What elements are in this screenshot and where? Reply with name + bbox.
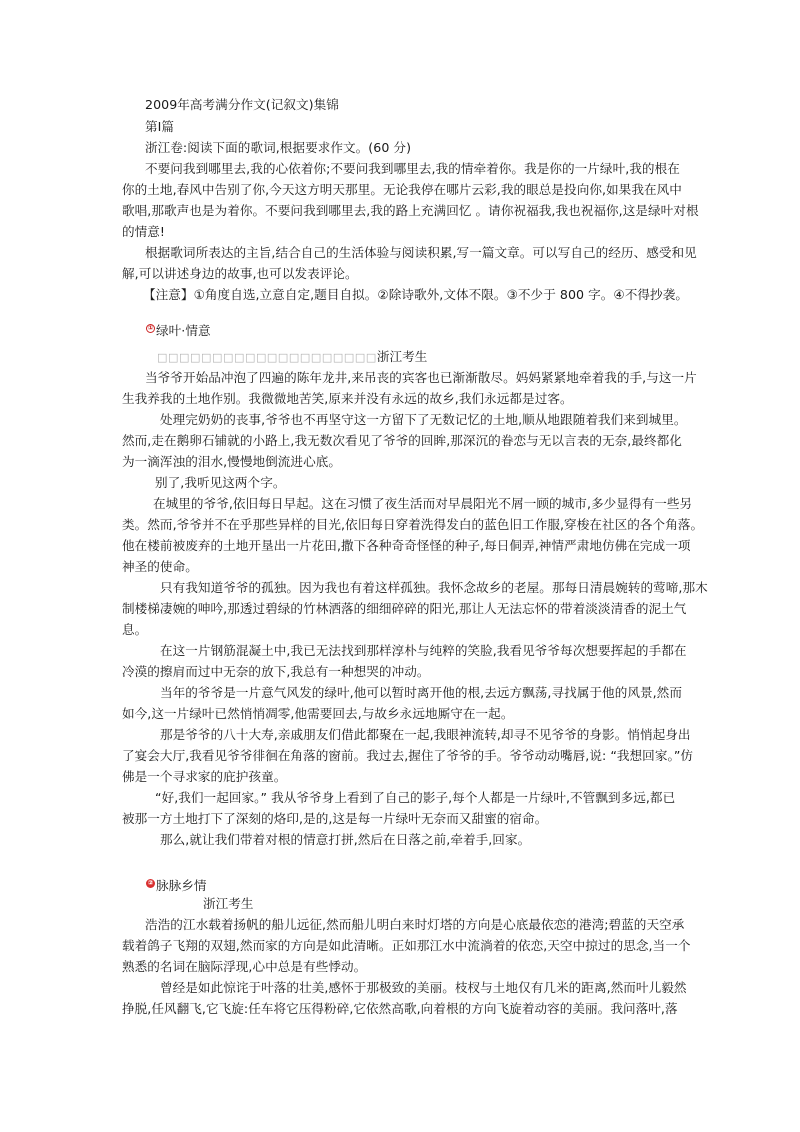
essay-line: 然而,走在鹅卵石铺就的小路上,我无数次看见了爷爷的回眸,那深沉的眷恋与无以言表的… bbox=[122, 433, 682, 449]
lyrics-line: 不要问我到哪里去,我的心依着你;不要问我到哪里去,我的情牵着你。我是你的一片绿叶… bbox=[145, 161, 705, 177]
essay-line: 那是爷爷的八十大寿,亲戚朋友们借此都聚在一起,我眼神流转,却寻不见爷爷的身影。悄… bbox=[160, 727, 720, 743]
essay-line: 类。然而,爷爷并不在乎那些异样的目光,依旧每日穿着洗得发白的蓝色旧工作服,穿梭在… bbox=[122, 517, 682, 533]
essay-line: 当年的爷爷是一片意气风发的绿叶,他可以暂时离开他的根,去远方飘荡,寻找属于他的风… bbox=[160, 685, 720, 701]
section-heading: 第Ⅰ篇 bbox=[145, 119, 705, 135]
essay-line: 在这一片钢筋混凝土中,我已无法找到那样淳朴与纯粹的笑脸,我看见爷爷每次想要挥起的… bbox=[160, 643, 720, 659]
essay-line: 生我养我的土地作别。我微微地苦笑,原来并没有永远的故乡,我们永远都是过客。 bbox=[122, 391, 682, 407]
essay-line: “好,我们一起回家。” 我从爷爷身上看到了自己的影子,每个人都是一片绿叶,不管飘… bbox=[155, 790, 715, 806]
essay-line: 在城里的爷爷,依旧每日早起。这在习惯了夜生活而对早晨阳光不屑一顾的城市,多少显得… bbox=[153, 496, 713, 512]
instruction-line: 解,可以讲述身边的故事,也可以发表评论。 bbox=[122, 266, 682, 282]
essay-author-line: □□□□□□□□□□□□□□□□□□□□浙江考生 bbox=[157, 349, 717, 366]
essay-author: 浙江考生 bbox=[377, 349, 428, 364]
essay-line: 别了,我听见这两个字。 bbox=[155, 475, 715, 491]
essay-line: 那么,就让我们带着对根的情意打拼,然后在日落之前,牵着手,回家。 bbox=[160, 832, 720, 848]
essay-line: 神圣的使命。 bbox=[122, 559, 682, 575]
essay-line: 为一滴浑浊的泪水,慢慢地倒流进心底。 bbox=[122, 454, 682, 470]
notice-line: 【注意】①角度自选,立意自定,题目自拟。②除诗歌外,文体不限。③不少于 800 … bbox=[143, 287, 703, 303]
lyrics-line: 的情意! bbox=[122, 224, 682, 240]
essay-title-2: ②脉脉乡情 bbox=[146, 878, 706, 894]
placeholder-boxes: □□□□□□□□□□□□□□□□□□□□ bbox=[157, 351, 377, 364]
prompt-header: 浙江卷:阅读下面的歌词,根据要求作文。(60 分) bbox=[145, 140, 705, 156]
lyrics-line: 你的土地,春风中告别了你,今天这方明天那里。无论我停在哪片云彩,我的眼总是投向你… bbox=[122, 182, 682, 198]
document-page: 2009年高考满分作文(记叙文)集锦 第Ⅰ篇 浙江卷:阅读下面的歌词,根据要求作… bbox=[0, 0, 800, 1132]
essay-line: 他在楼前被废弃的土地开垦出一片花田,撒下各种奇奇怪怪的种子,每日侗弄,神情严肃地… bbox=[122, 538, 682, 554]
essay-line: 息。 bbox=[122, 622, 682, 638]
essay-line: 熟悉的名词在脑际浮现,心中总是有些悸动。 bbox=[122, 959, 682, 975]
essay-line: 曾经是如此惊诧于叶落的壮美,感怀于那极致的美丽。枝杈与土地仅有几米的距离,然而叶… bbox=[160, 980, 720, 996]
essay-line: 只有我知道爷爷的孤独。因为我也有着这样孤独。我怀念故乡的老屋。那每日清晨婉转的莺… bbox=[160, 580, 720, 596]
footnote-marker-icon: ② bbox=[146, 879, 155, 888]
essay-line: 被那一方土地打下了深刻的烙印,是的,这是每一片绿叶无奈而又甜蜜的宿命。 bbox=[122, 811, 682, 827]
essay-title-1: ①绿叶·情意 bbox=[146, 323, 706, 339]
footnote-marker-icon: ① bbox=[146, 324, 155, 333]
essay-line: 载着鸽子飞翔的双翅,然而家的方向是如此清晰。正如那江水中流淌着的依恋,天空中掠过… bbox=[122, 938, 682, 954]
instruction-line: 根据歌词所表达的主旨,结合自己的生活体验与阅读积累,写一篇文章。可以写自己的经历… bbox=[145, 245, 705, 261]
essay-line: 了宴会大厅,我看见爷爷徘徊在角落的窗前。我过去,握住了爷爷的手。爷爷动动嘴唇,说… bbox=[122, 748, 682, 764]
essay-line: 如今,这一片绿叶已然悄悄凋零,他需要回去,与故乡永远地厮守在一起。 bbox=[122, 706, 682, 722]
essay-line: 挣脱,任风翻飞,它飞旋:任车将它压得粉碎,它依然高歌,向着根的方向飞旋着动容的美… bbox=[122, 1001, 682, 1017]
essay-title-text: 脉脉乡情 bbox=[156, 878, 207, 893]
essay-line: 浩浩的江水载着扬帆的船儿远征,然而船儿明白来时灯塔的方向是心底最依恋的港湾;碧蓝… bbox=[145, 917, 705, 933]
essay-line: 处理完奶奶的丧事,爷爷也不再坚守这一方留下了无数记忆的土地,顺从地跟随着我们来到… bbox=[160, 412, 720, 428]
essay-title-text: 绿叶·情意 bbox=[156, 323, 211, 338]
essay-line: 佛是一个寻求家的庇护孩童。 bbox=[122, 769, 682, 785]
essay-line: 当爷爷开始品冲泡了四遍的陈年龙井,来吊丧的宾客也已渐渐散尽。妈妈紧紧地牵着我的手… bbox=[145, 370, 705, 386]
essay-line: 制楼梯凄婉的呻吟,那透过碧绿的竹林洒落的细细碎碎的阳光,那让人无法忘怀的带着淡淡… bbox=[122, 601, 682, 617]
document-title: 2009年高考满分作文(记叙文)集锦 bbox=[145, 97, 705, 113]
essay-line: 冷漠的擦肩而过中无奈的放下,我总有一种想哭的冲动。 bbox=[122, 664, 682, 680]
lyrics-line: 歌唱,那歌声也是为着你。不要问我到哪里去,我的路上充满回忆 。请你祝福我,我也祝… bbox=[122, 203, 682, 219]
essay-author: 浙江考生 bbox=[203, 896, 763, 912]
